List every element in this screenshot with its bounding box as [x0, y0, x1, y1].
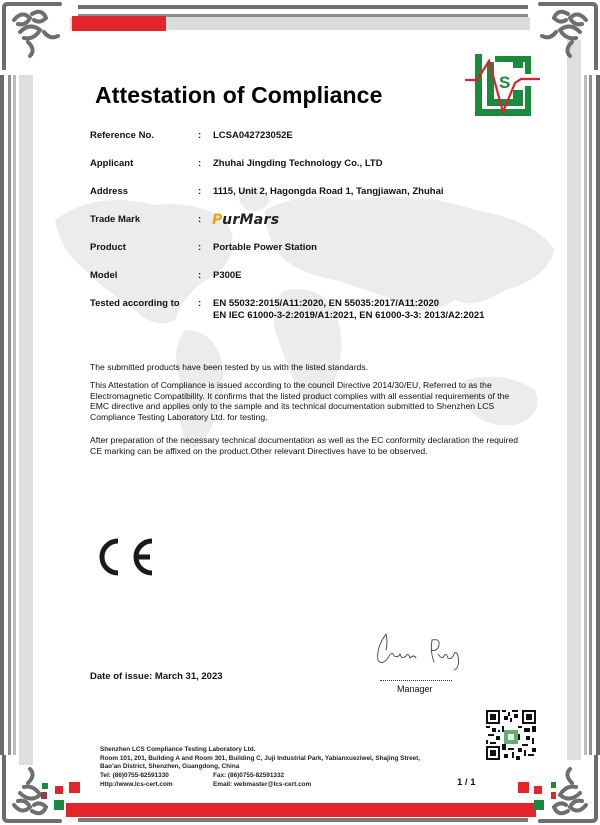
border-right-band	[567, 40, 581, 760]
border-left-line	[8, 75, 11, 755]
field-label: Reference No.	[90, 130, 200, 141]
decor-square	[551, 782, 556, 788]
footer-contact-row: Http://www.lcs-cert.com Email: webmaster…	[100, 781, 420, 790]
field-value: P300E	[213, 270, 242, 282]
paragraph-directive: This Attestation of Compliance is issued…	[90, 380, 520, 422]
page-title: Attestation of Compliance	[95, 82, 382, 109]
date-of-issue: Date of issue: March 31, 2023	[90, 671, 223, 682]
field-value: Zhuhai Jingding Technology Co., LTD	[213, 158, 383, 170]
field-colon: :	[198, 270, 201, 281]
lcs-logo-icon: S	[465, 50, 545, 125]
svg-text:S: S	[499, 73, 510, 92]
field-label: Applicant	[90, 158, 200, 169]
decor-square	[42, 783, 48, 789]
border-bottom-red-band	[66, 803, 536, 817]
field-label: Address	[90, 186, 200, 197]
decor-square	[41, 792, 47, 799]
field-colon: :	[198, 298, 201, 309]
trademark-logo: PurMars	[212, 212, 279, 228]
border-right-line	[584, 75, 587, 755]
field-value: Portable Power Station	[213, 242, 317, 254]
field-value: LCSA042723052E	[213, 130, 293, 142]
trademark-rest: urMars	[222, 212, 279, 228]
border-bottom-line	[78, 818, 528, 822]
footer-address-line2: Bao'an District, Shenzhen, Guangdong, Ch…	[100, 763, 420, 772]
paragraph-tested: The submitted products have been tested …	[90, 362, 520, 373]
border-right-line	[589, 75, 592, 755]
paragraph-ce-marking: After preparation of the necessary techn…	[90, 435, 520, 456]
border-red-accent	[72, 16, 166, 31]
field-colon: :	[198, 214, 201, 225]
decor-square	[534, 800, 544, 810]
footer-phone-row: Tel: (86)0755-82591330 Fax: (86)0755-825…	[100, 772, 420, 781]
lab-footer: Shenzhen LCS Compliance Testing Laborato…	[100, 746, 420, 790]
signature-icon	[372, 628, 472, 674]
footer-email-link[interactable]: Email: webmaster@lcs-cert.com	[213, 781, 311, 790]
decor-square	[518, 782, 529, 793]
border-left-line	[0, 75, 4, 755]
field-label: Tested according to	[90, 298, 200, 309]
footer-company: Shenzhen LCS Compliance Testing Laborato…	[100, 746, 420, 755]
border-right-line	[596, 75, 600, 755]
field-value: EN 55032:2015/A11:2020, EN 55035:2017/A1…	[213, 298, 439, 310]
ce-mark-icon	[97, 537, 157, 577]
decor-square	[54, 800, 64, 810]
border-top-line	[78, 5, 528, 9]
footer-web-link[interactable]: Http://www.lcs-cert.com	[100, 781, 173, 788]
field-label: Model	[90, 270, 200, 281]
decor-square	[55, 786, 63, 794]
signature-line	[380, 680, 452, 681]
decor-square	[69, 782, 80, 793]
footer-tel: Tel: (86)0755-82591330	[100, 772, 169, 779]
border-left-line	[13, 75, 16, 755]
trademark-first-letter: P	[212, 212, 222, 228]
certificate-page: S Attestation of Compliance Reference No…	[0, 0, 600, 825]
qr-code-icon[interactable]	[486, 710, 536, 760]
decor-square	[551, 792, 556, 799]
border-left-band	[19, 75, 33, 765]
field-value: 1115, Unit 2, Hagongda Road 1, Tangjiawa…	[213, 186, 444, 198]
footer-fax: Fax: (86)0755-82591332	[213, 772, 284, 781]
page-number: 1 / 1	[457, 777, 476, 788]
field-label: Product	[90, 242, 200, 253]
field-colon: :	[198, 186, 201, 197]
field-label: Trade Mark	[90, 214, 200, 225]
field-value-line2: EN IEC 61000-3-2:2019/A1:2021, EN 61000-…	[213, 310, 484, 322]
decor-square	[534, 786, 542, 794]
field-colon: :	[198, 242, 201, 253]
signer-title: Manager	[397, 684, 433, 694]
field-colon: :	[198, 130, 201, 141]
field-colon: :	[198, 158, 201, 169]
ornament-corner-icon	[0, 0, 70, 70]
